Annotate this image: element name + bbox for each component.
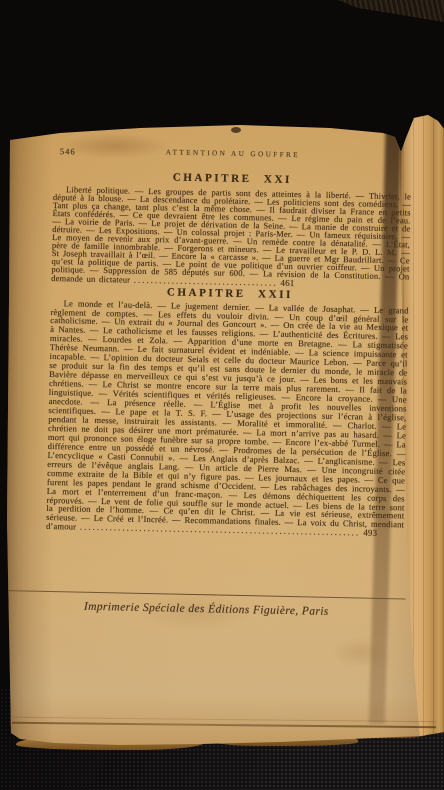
paper-speck (231, 127, 241, 133)
chapter-22-page-ref: 493 (360, 528, 377, 538)
chapter-21-entries: Liberté politique. — Les groupes de part… (51, 184, 411, 284)
printer-imprint: Imprimerie Spéciale des Éditions Figuièr… (7, 599, 405, 619)
page-content: 546 ATTENTION AU GOUFFRE CHAPITRE XXI Li… (44, 146, 412, 620)
paper-stain (320, 630, 400, 675)
chapter-22-contents: Le monde et l’au-delà. — Le jugement der… (46, 299, 409, 539)
chapter-21-page-ref: 461 (277, 277, 294, 287)
chapter-22-entries: Le monde et l’au-delà. — Le jugement der… (46, 298, 409, 532)
chapter-21-contents: Liberté politique. — Les groupes de part… (51, 185, 411, 289)
imprint-divider-rule (8, 590, 406, 599)
page-header-row: 546 ATTENTION AU GOUFFRE (54, 146, 412, 164)
book-page: 546 ATTENTION AU GOUFFRE CHAPITRE XXI Li… (0, 0, 444, 790)
background-cloth-texture (338, 0, 444, 22)
photo-scene: 546 ATTENTION AU GOUFFRE CHAPITRE XXI Li… (0, 0, 444, 790)
running-header: ATTENTION AU GOUFFRE (54, 146, 412, 161)
